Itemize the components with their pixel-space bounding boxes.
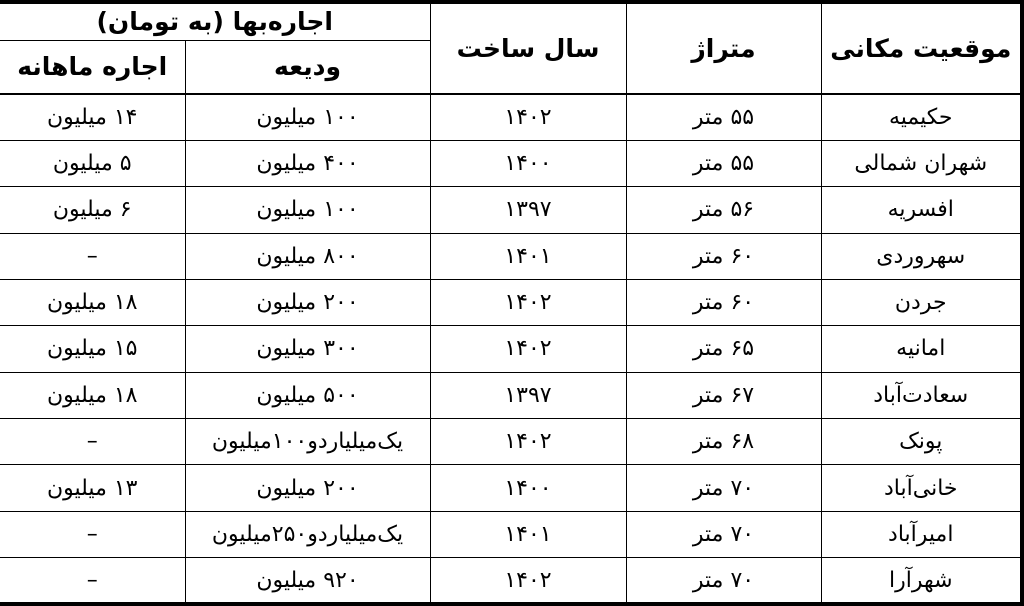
table-row: پونک۶۸ متر۱۴۰۲یک‌میلیاردو۱۰۰میلیون– [0, 419, 1022, 465]
cell-location: امانیه [821, 326, 1022, 372]
cell-location: شهرآرا [821, 558, 1022, 604]
cell-area: ۵۵ متر [626, 94, 821, 140]
cell-year: ۱۴۰۲ [430, 94, 626, 140]
cell-deposit: ۲۰۰ میلیون [185, 465, 430, 511]
table-row: شهرآرا۷۰ متر۱۴۰۲۹۲۰ میلیون– [0, 558, 1022, 604]
cell-year: ۱۴۰۱ [430, 233, 626, 279]
cell-year: ۱۴۰۲ [430, 279, 626, 325]
table-row: امانیه۶۵ متر۱۴۰۲۳۰۰ میلیون۱۵ میلیون [0, 326, 1022, 372]
cell-area: ۵۶ متر [626, 187, 821, 233]
cell-deposit: ۳۰۰ میلیون [185, 326, 430, 372]
cell-deposit: ۹۲۰ میلیون [185, 558, 430, 604]
cell-year: ۱۴۰۱ [430, 511, 626, 557]
cell-deposit: ۲۰۰ میلیون [185, 279, 430, 325]
column-header-location: موقعیت مکانی [821, 2, 1022, 94]
table-row: افسریه۵۶ متر۱۳۹۷۱۰۰ میلیون۶ میلیون [0, 187, 1022, 233]
cell-area: ۷۰ متر [626, 558, 821, 604]
cell-year: ۱۳۹۷ [430, 187, 626, 233]
cell-location: شهران شمالی [821, 140, 1022, 186]
cell-area: ۶۰ متر [626, 279, 821, 325]
cell-area: ۷۰ متر [626, 465, 821, 511]
header-row-top: موقعیت مکانی متراژ سال ساخت اجاره‌بها (ب… [0, 2, 1022, 40]
cell-monthly: ۱۴ میلیون [0, 94, 185, 140]
column-header-deposit: ودیعه [185, 40, 430, 94]
cell-monthly: ۱۳ میلیون [0, 465, 185, 511]
cell-year: ۱۳۹۷ [430, 372, 626, 418]
cell-year: ۱۴۰۰ [430, 140, 626, 186]
cell-monthly: – [0, 419, 185, 465]
cell-monthly: ۱۸ میلیون [0, 279, 185, 325]
cell-deposit: ۱۰۰ میلیون [185, 187, 430, 233]
cell-location: افسریه [821, 187, 1022, 233]
table-row: جردن۶۰ متر۱۴۰۲۲۰۰ میلیون۱۸ میلیون [0, 279, 1022, 325]
column-header-area: متراژ [626, 2, 821, 94]
cell-area: ۷۰ متر [626, 511, 821, 557]
cell-location: امیرآباد [821, 511, 1022, 557]
cell-monthly: ۱۵ میلیون [0, 326, 185, 372]
cell-year: ۱۴۰۲ [430, 419, 626, 465]
table-row: شهران شمالی۵۵ متر۱۴۰۰۴۰۰ میلیون۵ میلیون [0, 140, 1022, 186]
cell-monthly: ۶ میلیون [0, 187, 185, 233]
cell-area: ۶۸ متر [626, 419, 821, 465]
cell-monthly: ۵ میلیون [0, 140, 185, 186]
cell-location: سهروردی [821, 233, 1022, 279]
cell-location: سعادت‌آباد [821, 372, 1022, 418]
table-row: خانی‌آباد۷۰ متر۱۴۰۰۲۰۰ میلیون۱۳ میلیون [0, 465, 1022, 511]
cell-deposit: یک‌میلیاردو۲۵۰میلیون [185, 511, 430, 557]
cell-area: ۶۵ متر [626, 326, 821, 372]
cell-deposit: ۴۰۰ میلیون [185, 140, 430, 186]
table-row: سهروردی۶۰ متر۱۴۰۱۸۰۰ میلیون– [0, 233, 1022, 279]
cell-area: ۶۰ متر [626, 233, 821, 279]
column-header-year: سال ساخت [430, 2, 626, 94]
cell-location: جردن [821, 279, 1022, 325]
table-header: موقعیت مکانی متراژ سال ساخت اجاره‌بها (ب… [0, 2, 1022, 94]
cell-deposit: ۸۰۰ میلیون [185, 233, 430, 279]
cell-location: خانی‌آباد [821, 465, 1022, 511]
column-header-monthly: اجاره ماهانه [0, 40, 185, 94]
cell-monthly: – [0, 233, 185, 279]
cell-monthly: – [0, 511, 185, 557]
cell-year: ۱۴۰۰ [430, 465, 626, 511]
cell-deposit: ۵۰۰ میلیون [185, 372, 430, 418]
cell-location: پونک [821, 419, 1022, 465]
cell-location: حکیمیه [821, 94, 1022, 140]
column-header-rent-group: اجاره‌بها (به تومان) [0, 2, 430, 40]
cell-monthly: – [0, 558, 185, 604]
cell-year: ۱۴۰۲ [430, 326, 626, 372]
rent-table: موقعیت مکانی متراژ سال ساخت اجاره‌بها (ب… [0, 0, 1024, 606]
cell-deposit: یک‌میلیاردو۱۰۰میلیون [185, 419, 430, 465]
cell-deposit: ۱۰۰ میلیون [185, 94, 430, 140]
cell-monthly: ۱۸ میلیون [0, 372, 185, 418]
cell-area: ۶۷ متر [626, 372, 821, 418]
table-body: حکیمیه۵۵ متر۱۴۰۲۱۰۰ میلیون۱۴ میلیونشهران… [0, 94, 1022, 604]
table-row: حکیمیه۵۵ متر۱۴۰۲۱۰۰ میلیون۱۴ میلیون [0, 94, 1022, 140]
cell-area: ۵۵ متر [626, 140, 821, 186]
cell-year: ۱۴۰۲ [430, 558, 626, 604]
table-row: امیرآباد۷۰ متر۱۴۰۱یک‌میلیاردو۲۵۰میلیون– [0, 511, 1022, 557]
table-row: سعادت‌آباد۶۷ متر۱۳۹۷۵۰۰ میلیون۱۸ میلیون [0, 372, 1022, 418]
